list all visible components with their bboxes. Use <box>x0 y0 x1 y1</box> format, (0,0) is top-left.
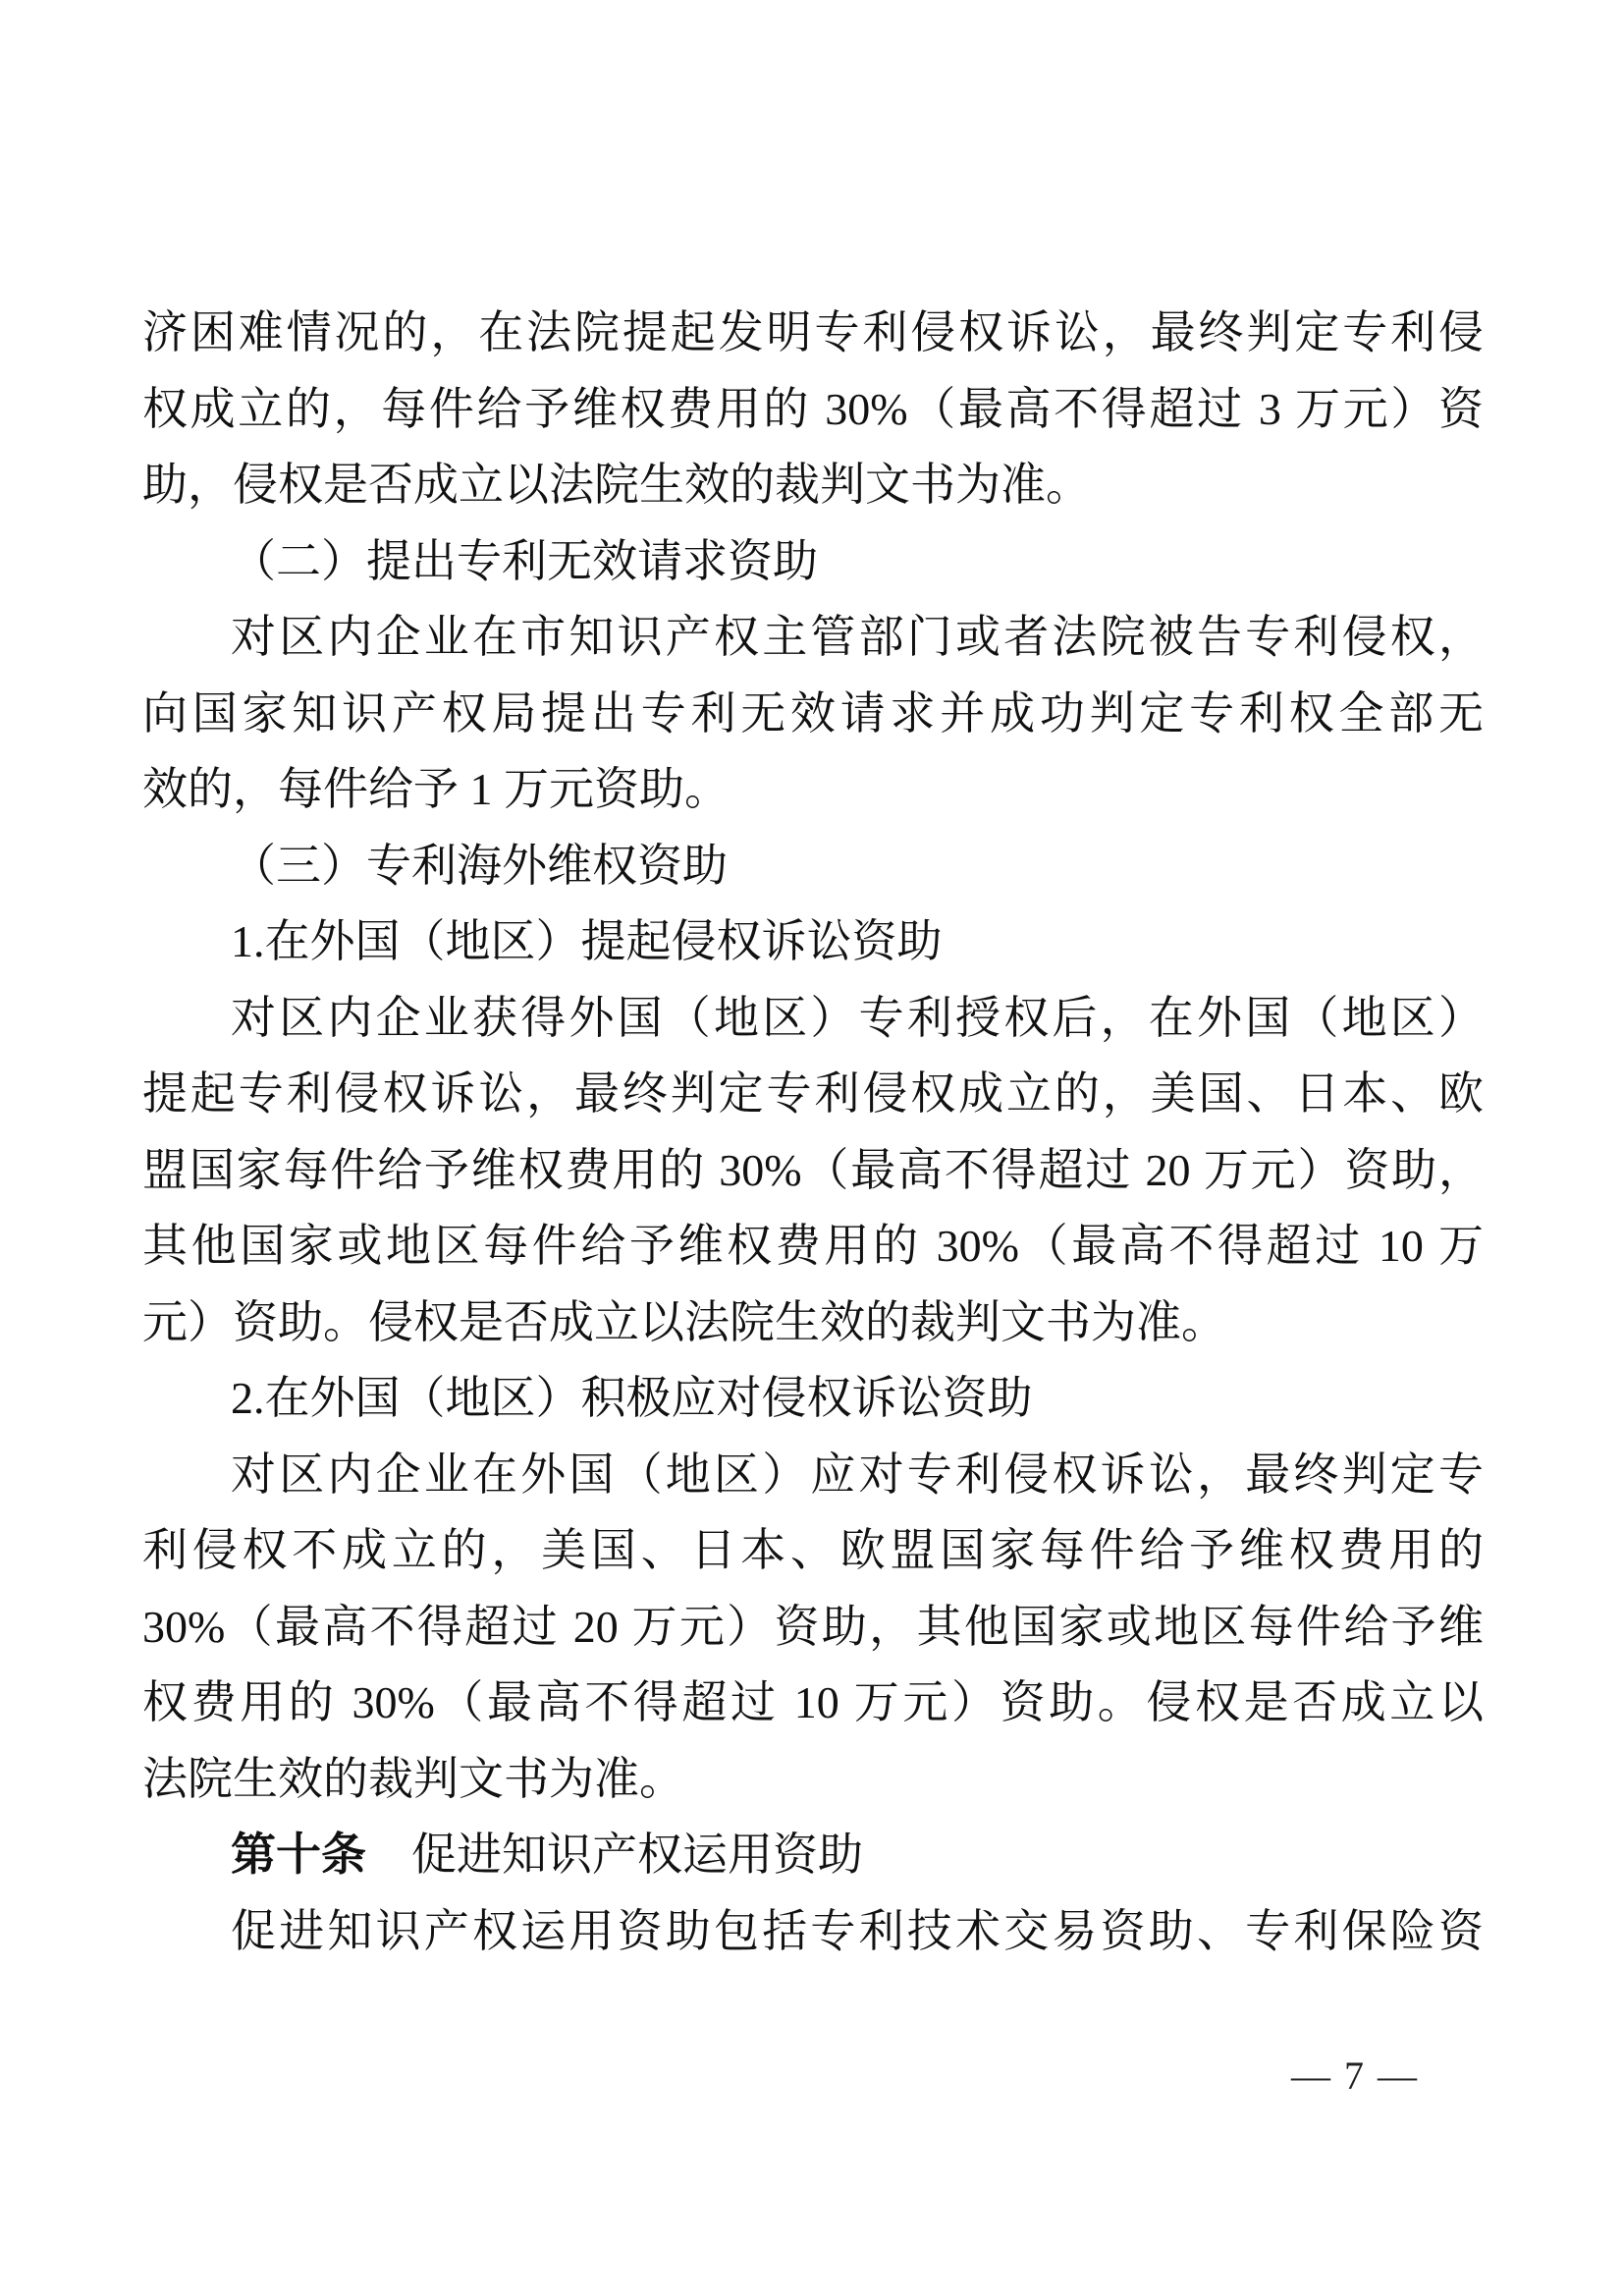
document-lines: 济困难情况的，在法院提起发明专利侵权诉讼，最终判定专利侵权成立的，每件给予维权费… <box>142 295 1484 1969</box>
text-line: 30%（最高不得超过 20 万元）资助，其他国家或地区每件给予维 <box>142 1589 1484 1666</box>
text-line: 向国家知识产权局提出专利无效请求并成功判定专利权全部无 <box>142 676 1484 752</box>
text-line: 盟国家每件给予维权费用的 30%（最高不得超过 20 万元）资助， <box>142 1132 1484 1209</box>
text-line: 提起专利侵权诉讼，最终判定专利侵权成立的，美国、日本、欧 <box>142 1056 1484 1132</box>
text-line: 对区内企业获得外国（地区）专利授权后，在外国（地区） <box>142 980 1484 1057</box>
text-line: 权费用的 30%（最高不得超过 10 万元）资助。侵权是否成立以 <box>142 1665 1484 1741</box>
text-line: （二）提出专利无效请求资助 <box>142 523 1484 600</box>
text-line: 元）资助。侵权是否成立以法院生效的裁判文书为准。 <box>142 1285 1484 1361</box>
text-line: 对区内企业在市知识产权主管部门或者法院被告专利侵权， <box>142 599 1484 676</box>
text-line: 促进知识产权运用资助包括专利技术交易资助、专利保险资 <box>142 1893 1484 1970</box>
text-line: 对区内企业在外国（地区）应对专利侵权诉讼，最终判定专 <box>142 1437 1484 1513</box>
text-line: 效的，每件给予 1 万元资助。 <box>142 751 1484 828</box>
text-line: 利侵权不成立的，美国、日本、欧盟国家每件给予维权费用的 <box>142 1512 1484 1589</box>
text-line: （三）专利海外维权资助 <box>142 828 1484 904</box>
text-line: 助，侵权是否成立以法院生效的裁判文书为准。 <box>142 447 1484 523</box>
text-line: 第十条 促进知识产权运用资助 <box>142 1817 1484 1893</box>
text-line: 权成立的，每件给予维权费用的 30%（最高不得超过 3 万元）资 <box>142 371 1484 448</box>
document-page: 济困难情况的，在法院提起发明专利侵权诉讼，最终判定专利侵权成立的，每件给予维权费… <box>0 0 1623 2296</box>
page-number: — 7 — <box>1232 2052 1478 2100</box>
text-line: 2.在外国（地区）积极应对侵权诉讼资助 <box>142 1360 1484 1437</box>
article-heading-number: 第十条 <box>231 1829 366 1880</box>
text-line: 其他国家或地区每件给予维权费用的 30%（最高不得超过 10 万 <box>142 1208 1484 1285</box>
text-line: 法院生效的裁判文书为准。 <box>142 1741 1484 1818</box>
text-line: 1.在外国（地区）提起侵权诉讼资助 <box>142 903 1484 980</box>
text-line: 济困难情况的，在法院提起发明专利侵权诉讼，最终判定专利侵 <box>142 295 1484 371</box>
